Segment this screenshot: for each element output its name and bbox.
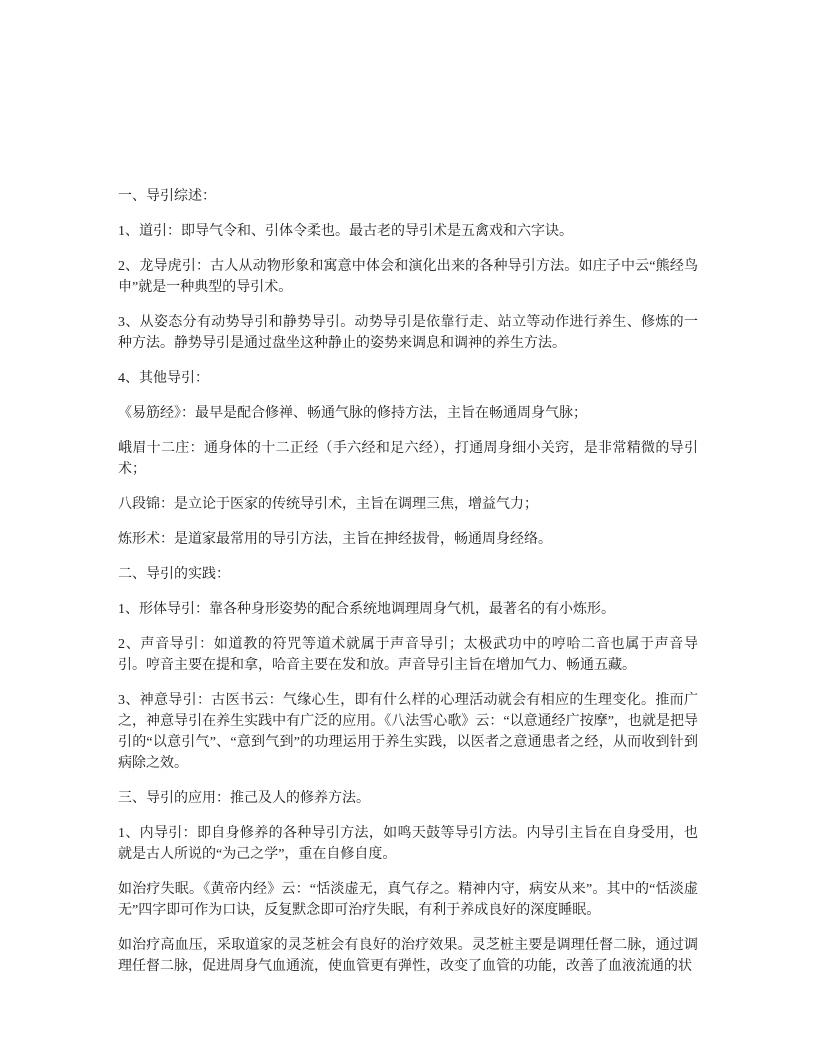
paragraph: 2、声音导引：如道教的符咒等道术就属于声音导引；太极武功中的哼哈二音也属于声音导… bbox=[118, 634, 698, 676]
paragraph: 炼形术：是道家最常用的导引方法，主旨在抻经拔骨，畅通周身经络。 bbox=[118, 529, 698, 550]
paragraph: 1、道引：即导气令和、引体令柔也。最古老的导引术是五禽戏和六字诀。 bbox=[118, 221, 698, 242]
heading-section-1: 一、导引综述： bbox=[118, 186, 698, 207]
document-body: 一、导引综述： 1、道引：即导气令和、引体令柔也。最古老的导引术是五禽戏和六字诀… bbox=[118, 186, 698, 977]
heading-section-3: 三、导引的应用：推己及人的修养方法。 bbox=[118, 788, 698, 809]
heading-section-2: 二、导引的实践： bbox=[118, 564, 698, 585]
paragraph: 八段锦：是立论于医家的传统导引术，主旨在调理三焦，增益气力； bbox=[118, 494, 698, 515]
document-page: 一、导引综述： 1、道引：即导气令和、引体令柔也。最古老的导引术是五禽戏和六字诀… bbox=[0, 0, 816, 1056]
paragraph: 3、从姿态分有动势导引和静势导引。动势导引是依靠行走、站立等动作进行养生、修炼的… bbox=[118, 312, 698, 354]
paragraph: 1、形体导引：靠各种身形姿势的配合系统地调理周身气机，最著名的有小炼形。 bbox=[118, 599, 698, 620]
paragraph: 1、内导引：即自身修养的各种导引方法，如鸣天鼓等导引方法。内导引主旨在自身受用，… bbox=[118, 823, 698, 865]
paragraph: 峨眉十二庄：通身体的十二正经（手六经和足六经），打通周身细小关窍，是非常精微的导… bbox=[118, 438, 698, 480]
paragraph: 4、其他导引： bbox=[118, 368, 698, 389]
paragraph: 《易筋经》：最早是配合修禅、畅通气脉的修持方法，主旨在畅通周身气脉； bbox=[118, 403, 698, 424]
paragraph: 3、神意导引：古医书云：气缘心生，即有什么样的心理活动就会有相应的生理变化。推而… bbox=[118, 690, 698, 774]
paragraph: 如治疗高血压，采取道家的灵芝桩会有良好的治疗效果。灵芝桩主要是调理任督二脉，通过… bbox=[118, 935, 698, 977]
paragraph: 如治疗失眠。《黄帝内经》云：“恬淡虚无，真气存之。精神内守，病安从来”。其中的“… bbox=[118, 879, 698, 921]
paragraph: 2、龙导虎引：古人从动物形象和寓意中体会和演化出来的各种导引方法。如庄子中云“熊… bbox=[118, 256, 698, 298]
